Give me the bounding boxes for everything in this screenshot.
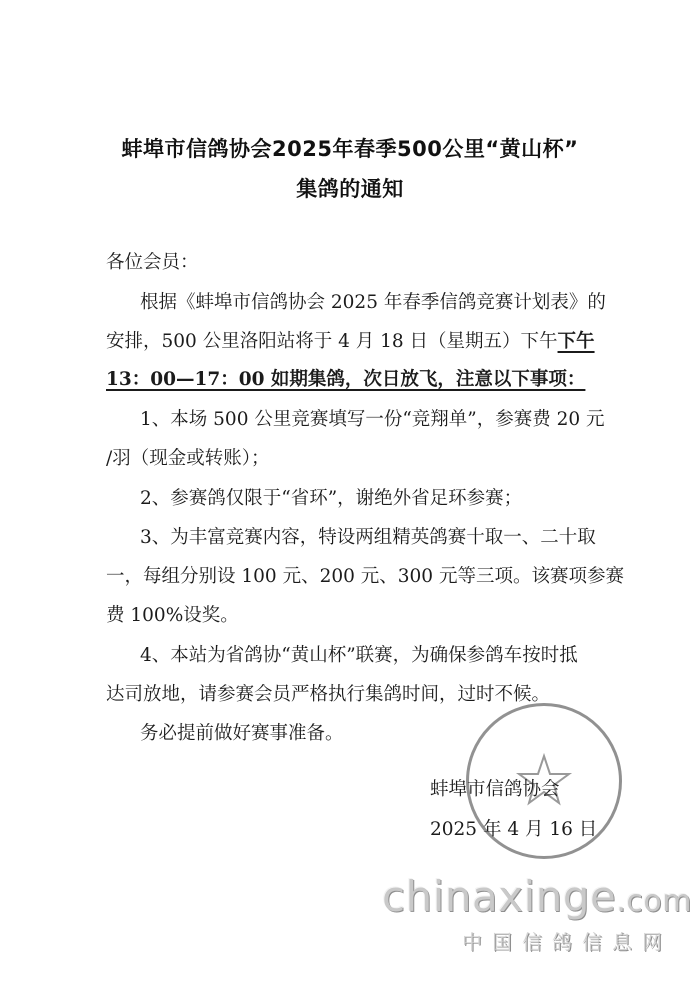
item-4-line: 达司放地，请参赛会员严格执行集鸽时间，过时不候。	[106, 680, 550, 706]
item-1-line: /羽（现金或转账）；	[106, 444, 269, 470]
item-3-line: 3、为丰富竞赛内容，特设两组精英鸽赛十取一、二十取	[140, 523, 596, 549]
signature-organization: 蚌埠市信鸽协会	[430, 775, 560, 801]
signature-date: 2025 年 4 月 16 日	[430, 815, 597, 841]
watermark-domain: chinaxinge.com	[382, 872, 692, 921]
watermark-site-name: 中国信鸽信息网	[462, 926, 672, 955]
paragraph-line: 安排，500 公里洛阳站将于 4 月 18 日（星期五）下午下午	[106, 327, 595, 353]
paragraph-text: 安排，500 公里洛阳站将于 4 月 18 日（星期五）下午	[106, 331, 558, 352]
item-2-line: 2、参赛鸽仅限于“省环”，谢绝外省足环参赛；	[140, 484, 522, 510]
document-title-line1: 蚌埠市信鸽协会2025年春季500公里“黄山杯”	[0, 133, 700, 163]
item-3-line: 一，每组分别设 100 元、200 元、300 元等三项。该赛项参赛	[106, 562, 624, 588]
item-1-line: 1、本场 500 公里竞赛填写一份“竞翔单”，参赛费 20 元	[140, 405, 605, 431]
closing-line: 务必提前做好赛事准备。	[140, 719, 344, 745]
paragraph-line: 根据《蚌埠市信鸽协会 2025 年春季信鸽竞赛计划表》的	[140, 288, 606, 314]
underlined-paragraph-line: 13：00—17：00 如期集鸽，次日放飞，注意以下事项：	[106, 365, 585, 391]
item-4-line: 4、本站为省鸽协“黄山杯”联赛，为确保参鸽车按时抵	[140, 641, 578, 667]
document-title-line2: 集鸽的通知	[0, 173, 700, 203]
underlined-text: 下午	[558, 331, 595, 352]
item-3-line: 费 100%设奖。	[106, 601, 239, 627]
salutation: 各位会员：	[106, 248, 199, 274]
